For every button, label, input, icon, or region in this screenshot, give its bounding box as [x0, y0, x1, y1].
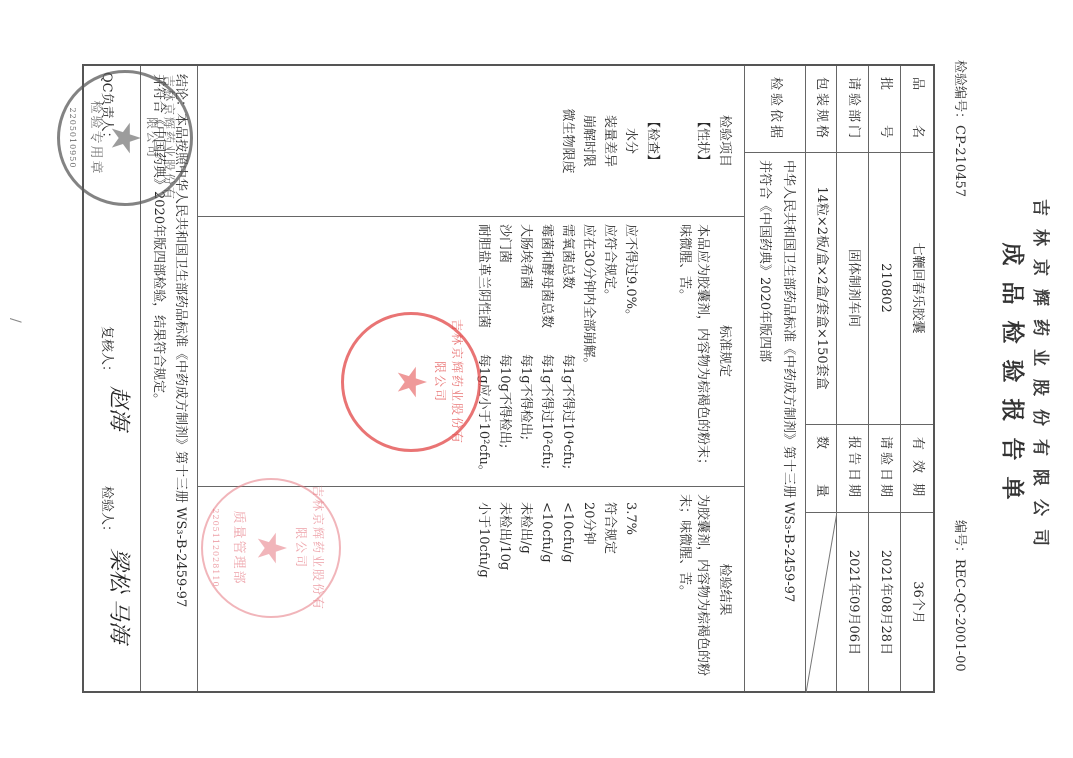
star-icon: ★	[102, 120, 148, 156]
gray-stamp-text: 吉林京辉药业股份有限公司	[144, 73, 178, 203]
row-result: <10cfu/g	[558, 502, 576, 682]
scan-mark: /	[7, 318, 23, 323]
report-title: 成品检验报告单	[998, 0, 1031, 758]
dept-label: 请验部门	[844, 66, 862, 152]
form-number-value: REC-QC-2001-00	[952, 559, 967, 672]
dept-value: 固体制剂车间	[844, 152, 862, 424]
report-date-value: 2021年09月06日	[844, 512, 862, 693]
form-number: 编号：REC-QC-2001-00	[952, 520, 971, 672]
product-name-value: 七鞭回春乐胶囊	[908, 152, 926, 424]
character-standard: 本品应为胶囊剂，内容物为棕褐色的粉末；味微腥、苦。	[675, 224, 711, 480]
row-item: 崩解时限	[579, 66, 597, 216]
row-item: 微生物限度	[558, 66, 576, 216]
row-result: 3.7%	[621, 502, 639, 682]
inspection-report-page: 吉林京辉药业股份有限公司 成品检验报告单 检验编号：CP-210457 编号：R…	[0, 0, 1073, 758]
basis-line-1: 中华人民共和国卫生部药品标准《中药成方制剂》第十三册 WS₃-B-2459-97	[779, 160, 797, 690]
inspection-number: 检验编号：CP-210457	[952, 60, 971, 197]
row-result: 符合规定	[600, 502, 618, 682]
batch-label: 批 号	[876, 66, 894, 152]
quality-dept-stamp: ★ 吉林京辉药业股份有限公司 质量管理部 2205112028110	[201, 478, 341, 618]
star-icon: ★	[388, 364, 434, 400]
row-standard: 应不得过9.0%。	[621, 224, 639, 480]
batch-value: 210802	[876, 152, 894, 424]
form-number-label: 编号：	[952, 520, 967, 559]
micro-standard: 霉菌和酵母菌总数 每1g不得过10²cfu;	[537, 224, 555, 486]
col-header-standard: 标准规定	[715, 216, 733, 486]
gray-stamp-number: 2205010950	[68, 73, 77, 203]
micro-standard: 耐胆盐革兰阴性菌 每1g应小于10²cfu。	[474, 224, 492, 486]
character-label: 【性状】	[693, 66, 711, 216]
request-date-label: 请验日期	[876, 424, 894, 512]
character-result: 为胶囊剂，内容物为棕褐色的粉末；味微腥、苦。	[675, 494, 711, 686]
red-stamp-text: 吉林京辉药业股份有限公司	[432, 315, 466, 449]
quantity-diagonal	[806, 512, 837, 693]
row-result: 20分钟	[579, 502, 597, 682]
product-name-label: 品 名	[908, 66, 926, 152]
package-label: 包装规格	[812, 66, 830, 152]
inspection-number-value: CP-210457	[952, 125, 967, 197]
micro-standard: 沙门菌 每10g不得检出;	[495, 224, 513, 486]
row-standard: 需氧菌总数 每1g不得过10⁴cfu;	[558, 224, 576, 486]
report-date-label: 报告日期	[844, 424, 862, 512]
company-name: 吉林京辉药业股份有限公司	[1030, 0, 1055, 758]
micro-result: 未检出/g	[516, 502, 534, 682]
star-icon: ★	[248, 530, 294, 566]
inspection-seal-stamp: ★ 吉林京辉药业股份有限公司 检验专用章 2205010950	[57, 70, 193, 206]
inspector-label: 检验人：	[97, 486, 115, 538]
request-date-value: 2021年08月28日	[876, 512, 894, 693]
inspection-number-label: 检验编号：	[952, 60, 967, 125]
gray-stamp-label: 检验专用章	[88, 73, 107, 203]
pink-stamp-text: 吉林京辉药业股份有限公司	[293, 480, 327, 616]
micro-result: 未检出/10g	[495, 502, 513, 682]
pink-stamp-dept: 质量管理部	[231, 480, 250, 616]
reviewer-label: 复核人：	[97, 326, 115, 378]
shelf-life-label: 有 效 期	[908, 424, 926, 512]
row-item: 装量差异	[600, 66, 618, 216]
col-header-result: 检验结果	[715, 486, 733, 693]
package-value: 14粒×2板/盒×2盒/套盒×150套盒	[812, 152, 830, 424]
row-standard: 应符合规定。	[600, 224, 618, 480]
row-item: 水分	[621, 66, 639, 216]
shelf-life-value: 36个月	[908, 512, 926, 693]
row-standard: 应在30分钟内全部崩解。	[579, 224, 597, 480]
basis-line-2: 并符合《中国药典》2020年版四部	[755, 160, 773, 690]
micro-standard: 大肠埃希菌 每1g不得检出;	[516, 224, 534, 486]
pink-stamp-number: 2205112028110	[211, 480, 220, 616]
col-header-item: 检验项目	[715, 66, 733, 216]
reviewer-signature: 赵海	[109, 386, 127, 430]
basis-label: 检验依据	[766, 66, 784, 152]
micro-result: 小于10cfu/g	[474, 502, 492, 682]
company-red-stamp: ★ 吉林京辉药业股份有限公司	[341, 312, 481, 452]
report-table: 品 名 七鞭回春乐胶囊 有 效 期 36个月 批 号 210802 请验日期 2…	[82, 64, 935, 693]
inspector-signature: 梁松 马海	[109, 548, 127, 643]
micro-result: <10cfu/g	[537, 502, 555, 682]
check-label: 【检查】	[643, 66, 661, 216]
quantity-label: 数 量	[812, 424, 830, 512]
